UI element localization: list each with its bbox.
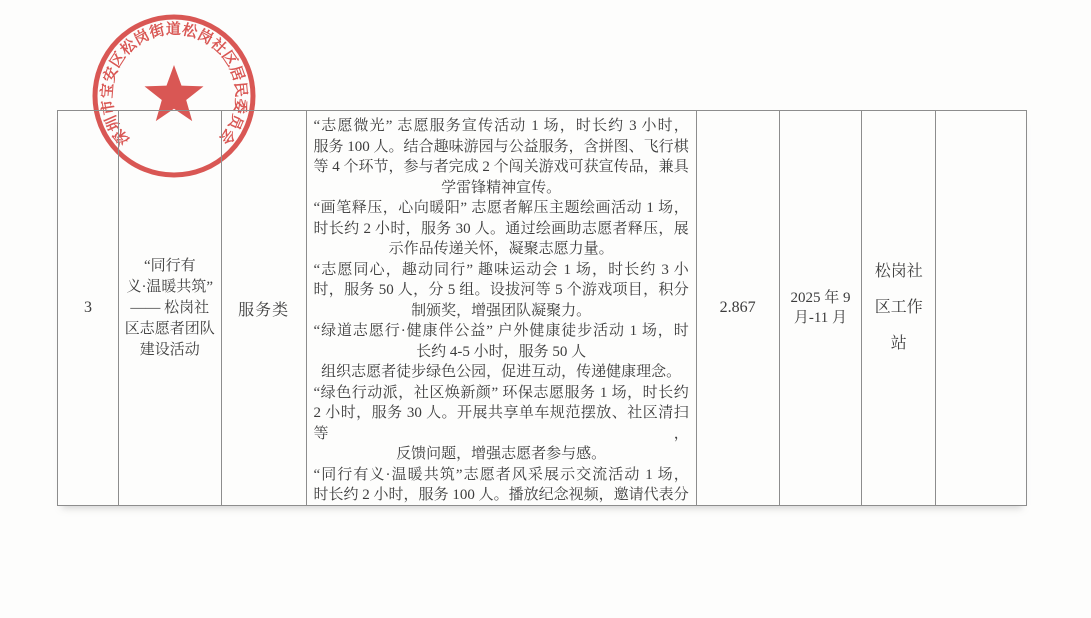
- empty-cell: [936, 111, 1026, 505]
- row-number-cell: 3: [58, 111, 119, 505]
- description-cell: “志愿微光” 志愿服务宣传活动 1 场，时长约 3 小时，服务 100 人。结合…: [307, 111, 697, 505]
- category-cell: 服务类: [222, 111, 307, 505]
- description-line: “志愿同心，趣动同行” 趣味运动会 1 场，时长约 3 小: [314, 260, 689, 281]
- description-line: 时长约 2 小时，服务 30 人。通过绘画助志愿者释压，展: [314, 219, 689, 240]
- description-line: 2 小时，服务 30 人。开展共享单车规范摆放、社区清扫等，: [314, 403, 689, 444]
- description-line: 组织志愿者徒步绿色公园，促进互动，传递健康理念。: [314, 362, 689, 383]
- description-line: 学雷锋精神宣传。: [314, 178, 689, 199]
- period-cell: 2025 年 9 月-11 月: [780, 111, 863, 505]
- description-line: “画笔释压，心向暖阳” 志愿者解压主题绘画活动 1 场，: [314, 198, 689, 219]
- description-line: 示作品传递关怀，凝聚志愿力量。: [314, 239, 689, 260]
- description-line: 长约 4-5 小时，服务 50 人: [314, 342, 689, 363]
- document-table: 3 “同行有 义·温暖共筑” —— 松岗社 区志愿者团队 建设活动 服务类 “志…: [57, 110, 1027, 506]
- description-line: 制颁奖，增强团队凝聚力。: [314, 301, 689, 322]
- description-line: 等 4 个环节，参与者完成 2 个闯关游戏可获宣传品，兼具: [314, 157, 689, 178]
- description-line: “绿色行动派，社区焕新颜” 环保志愿服务 1 场，时长约: [314, 383, 689, 404]
- unit-cell: 松岗社 区工作 站: [862, 111, 936, 505]
- description-line: “志愿微光” 志愿服务宣传活动 1 场，时长约 3 小时，: [314, 116, 689, 137]
- description-line: “绿道志愿行·健康伴公益” 户外健康徒步活动 1 场，时: [314, 321, 689, 342]
- description-line: 时长约 2 小时，服务 100 人。播放纪念视频，邀请代表分: [314, 485, 689, 505]
- description-line: “同行有义·温暖共筑”志愿者风采展示交流活动 1 场，: [314, 465, 689, 486]
- description-line: 时，服务 50 人，分 5 组。设拔河等 5 个游戏项目，积分: [314, 280, 689, 301]
- description-line: 反馈问题，增强志愿者参与感。: [314, 444, 689, 465]
- description-line: 服务 100 人。结合趣味游园与公益服务，含拼图、飞行棋: [314, 137, 689, 158]
- project-name-cell: “同行有 义·温暖共筑” —— 松岗社 区志愿者团队 建设活动: [119, 111, 222, 505]
- amount-cell: 2.867: [697, 111, 780, 505]
